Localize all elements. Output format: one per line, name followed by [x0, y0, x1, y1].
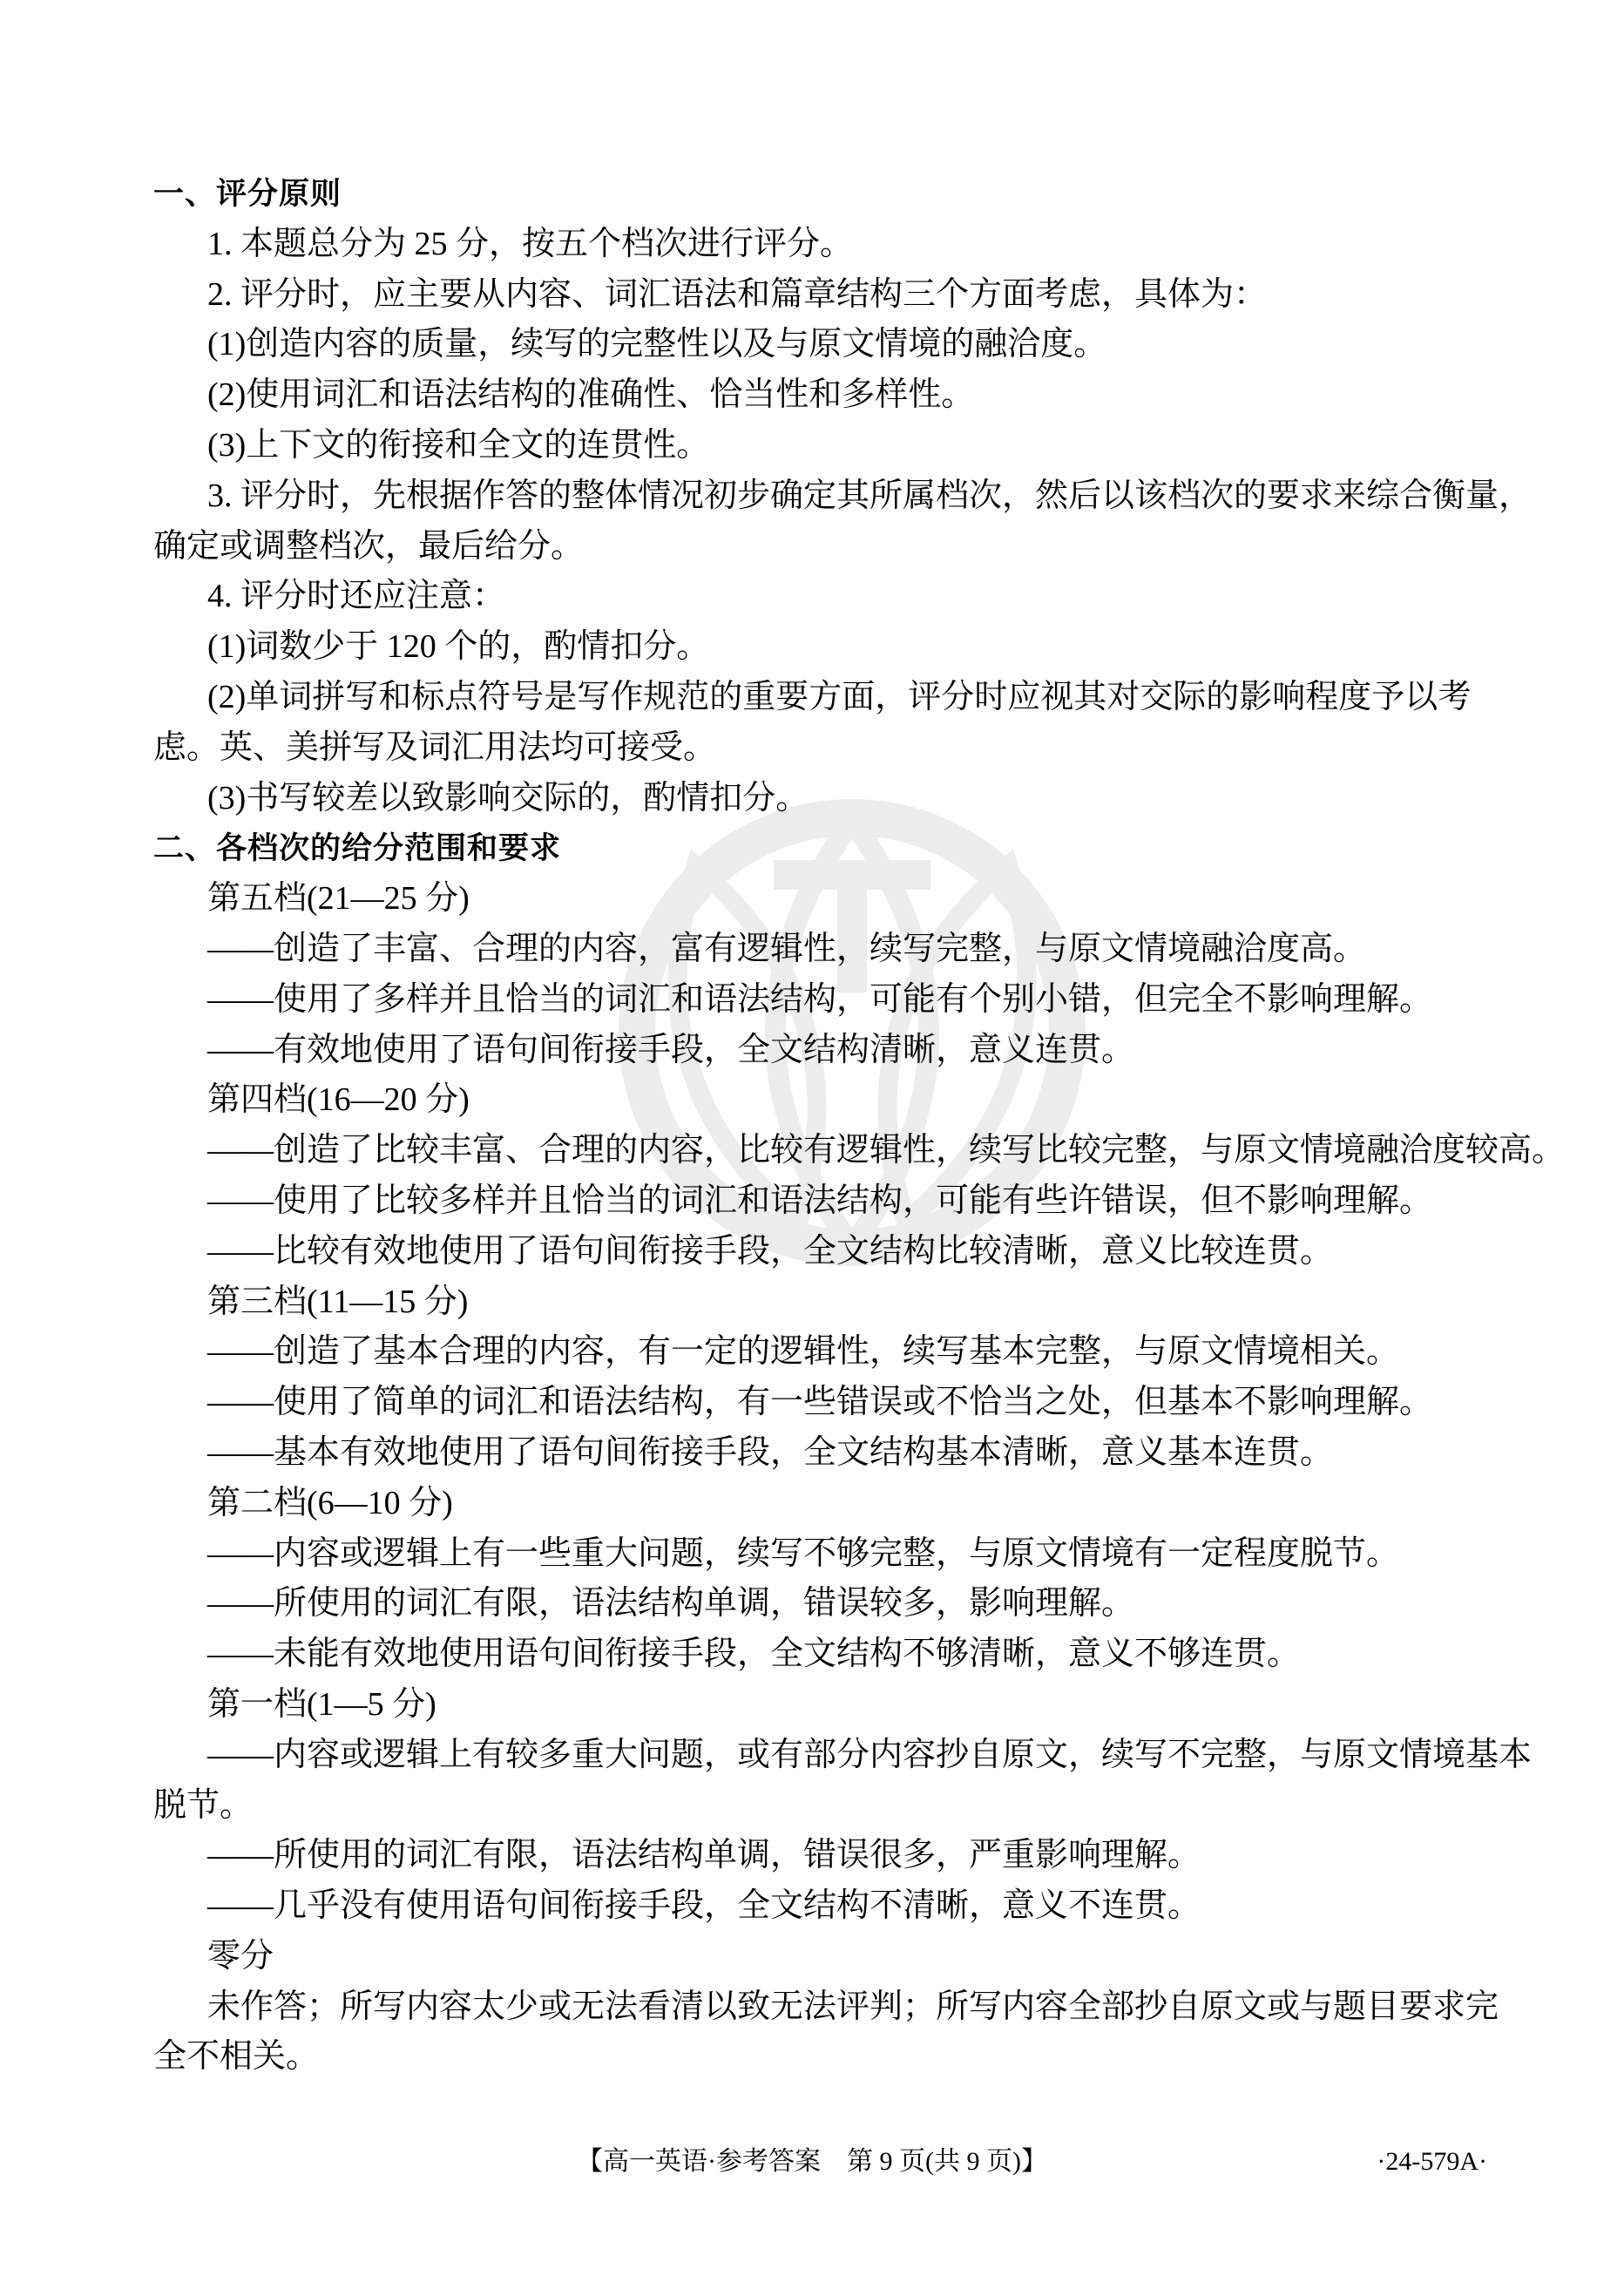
- text-line: ——创造了比较丰富、合理的内容，比较有逻辑性，续写比较完整，与原文情境融洽度较高…: [0, 1126, 1624, 1176]
- section-heading: 一、评分原则: [0, 169, 1624, 220]
- text-line: ——内容或逻辑上有较多重大问题，或有部分内容抄自原文，续写不完整，与原文情境基本: [0, 1731, 1624, 1781]
- text-line: 脱节。: [0, 1781, 1624, 1832]
- text-line: 第一档(1—5 分): [0, 1680, 1624, 1731]
- text-line: ——所使用的词汇有限，语法结构单调，错误较多，影响理解。: [0, 1579, 1624, 1629]
- text-line: 全不相关。: [0, 2032, 1624, 2083]
- text-line: 未作答；所写内容太少或无法看清以致无法评判；所写内容全部抄自原文或与题目要求完: [0, 1982, 1624, 2033]
- text-line: ——所使用的词汇有限，语法结构单调，错误很多，严重影响理解。: [0, 1831, 1624, 1881]
- text-line: ——基本有效地使用了语句间衔接手段，全文结构基本清晰，意义基本连贯。: [0, 1428, 1624, 1479]
- text-line: ——使用了比较多样并且恰当的词汇和语法结构，可能有些许错误，但不影响理解。: [0, 1176, 1624, 1227]
- text-line: 4. 评分时还应注意：: [0, 572, 1624, 622]
- text-line: ——使用了简单的词汇和语法结构，有一些错误或不恰当之处，但基本不影响理解。: [0, 1378, 1624, 1428]
- text-line: 虑。英、美拼写及词汇用法均可接受。: [0, 723, 1624, 774]
- page-footer: 【高一英语·参考答案 第 9 页(共 9 页)】 ·24-579A·: [0, 2137, 1624, 2187]
- footer-page-info: 【高一英语·参考答案 第 9 页(共 9 页)】: [577, 2137, 1047, 2187]
- text-line: (1)词数少于 120 个的，酌情扣分。: [0, 622, 1624, 673]
- text-line: 1. 本题总分为 25 分，按五个档次进行评分。: [0, 220, 1624, 270]
- text-line: ——未能有效地使用语句间衔接手段，全文结构不够清晰，意义不够连贯。: [0, 1629, 1624, 1680]
- document-body: 一、评分原则1. 本题总分为 25 分，按五个档次进行评分。2. 评分时，应主要…: [0, 169, 1624, 2083]
- text-line: 零分: [0, 1932, 1624, 1982]
- text-line: ——创造了丰富、合理的内容，富有逻辑性，续写完整，与原文情境融洽度高。: [0, 925, 1624, 975]
- text-line: ——创造了基本合理的内容，有一定的逻辑性，续写基本完整，与原文情境相关。: [0, 1327, 1624, 1378]
- text-line: ——几乎没有使用语句间衔接手段，全文结构不清晰，意义不连贯。: [0, 1881, 1624, 1932]
- text-line: ——内容或逻辑上有一些重大问题，续写不够完整，与原文情境有一定程度脱节。: [0, 1529, 1624, 1580]
- text-line: 第五档(21—25 分): [0, 874, 1624, 925]
- text-line: 第二档(6—10 分): [0, 1479, 1624, 1529]
- text-line: 第三档(11—15 分): [0, 1277, 1624, 1328]
- section-heading: 二、各档次的给分范围和要求: [0, 823, 1624, 874]
- document-page: 一、评分原则1. 本题总分为 25 分，按五个档次进行评分。2. 评分时，应主要…: [0, 0, 1624, 2283]
- text-line: 第四档(16—20 分): [0, 1075, 1624, 1126]
- text-line: 3. 评分时，先根据作答的整体情况初步确定其所属档次，然后以该档次的要求来综合衡…: [0, 471, 1624, 522]
- text-line: (3)上下文的衔接和全文的连贯性。: [0, 421, 1624, 471]
- text-line: (2)单词拼写和标点符号是写作规范的重要方面，评分时应视其对交际的影响程度予以考: [0, 673, 1624, 723]
- text-line: (3)书写较差以致影响交际的，酌情扣分。: [0, 774, 1624, 824]
- text-line: ——有效地使用了语句间衔接手段，全文结构清晰，意义连贯。: [0, 1026, 1624, 1076]
- footer-booklet-code: ·24-579A·: [1377, 2137, 1487, 2187]
- text-line: ——使用了多样并且恰当的词汇和语法结构，可能有个别小错，但完全不影响理解。: [0, 975, 1624, 1026]
- text-line: (1)创造内容的质量，续写的完整性以及与原文情境的融洽度。: [0, 320, 1624, 370]
- text-line: 2. 评分时，应主要从内容、词汇语法和篇章结构三个方面考虑，具体为：: [0, 270, 1624, 321]
- text-line: 确定或调整档次，最后给分。: [0, 522, 1624, 572]
- text-line: (2)使用词汇和语法结构的准确性、恰当性和多样性。: [0, 370, 1624, 421]
- text-line: ——比较有效地使用了语句间衔接手段，全文结构比较清晰，意义比较连贯。: [0, 1227, 1624, 1277]
